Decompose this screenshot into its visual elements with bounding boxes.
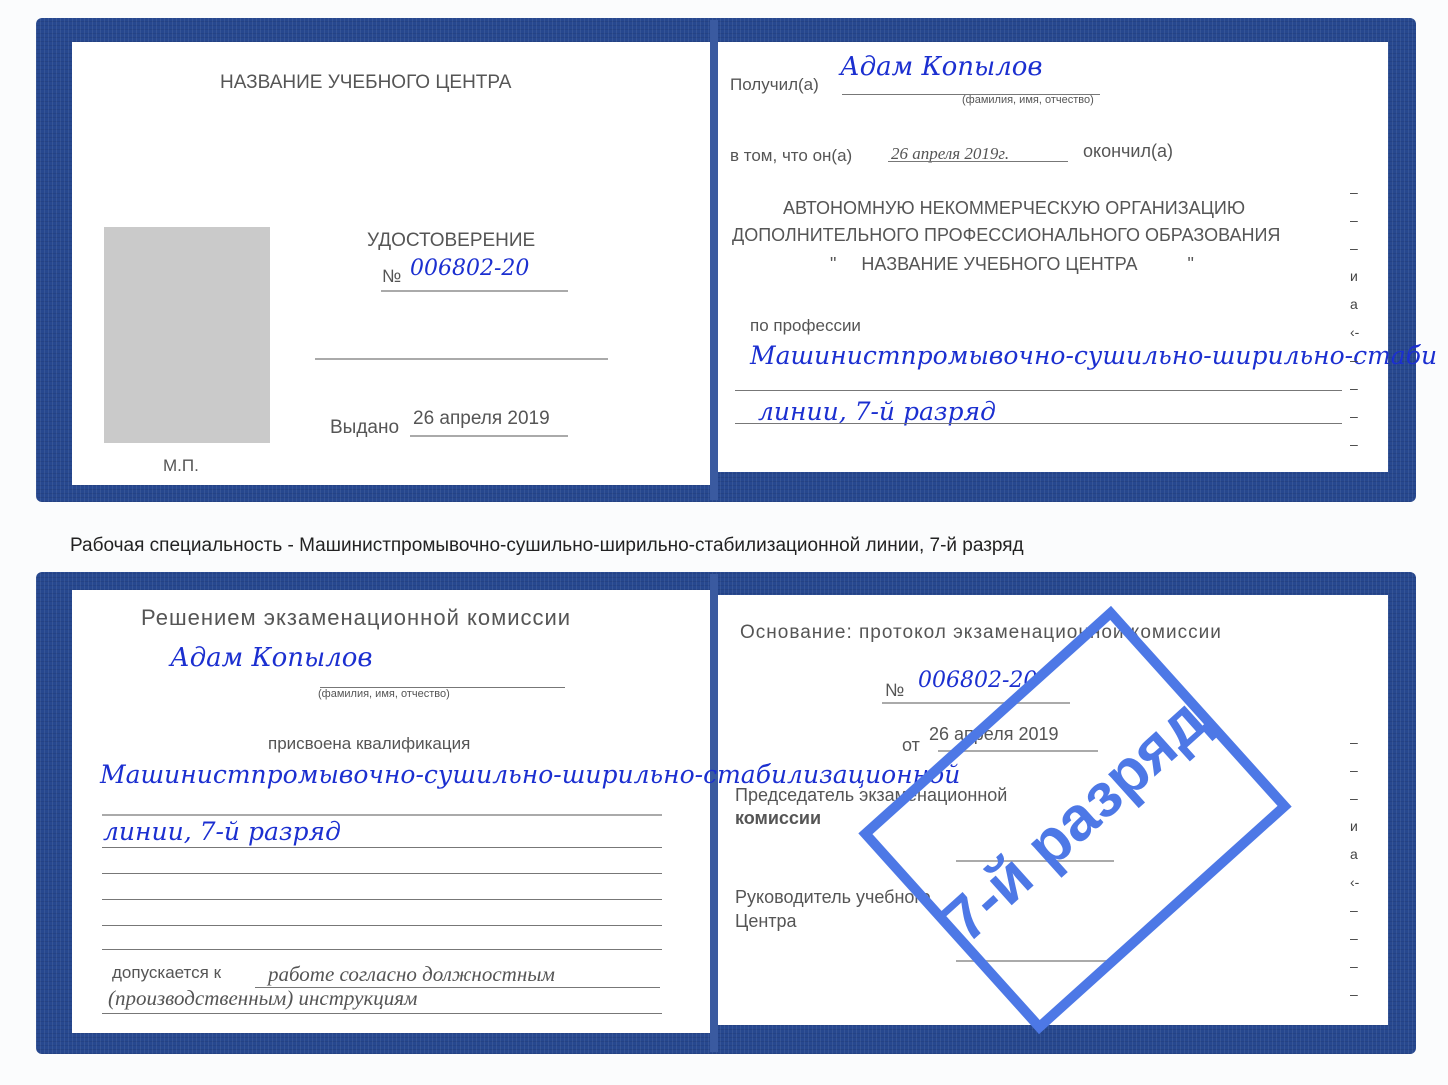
admitted-label: допускается к bbox=[112, 963, 221, 983]
profession-underline-1 bbox=[735, 390, 1342, 391]
finish-date-underline bbox=[888, 161, 1068, 162]
doc-title: УДОСТОВЕРЕНИЕ bbox=[367, 230, 535, 252]
profession-line-1: Машинистпромывочно-сушильно-ширильно-ста… bbox=[750, 341, 1437, 370]
from-label: от bbox=[902, 735, 920, 756]
head-line-1: Руководитель учебного bbox=[735, 887, 931, 908]
org-line-3: " НАЗВАНИЕ УЧЕБНОГО ЦЕНТРА " bbox=[830, 254, 1194, 275]
admitted-underline-2 bbox=[102, 1013, 662, 1014]
finished-label: окончил(а) bbox=[1083, 141, 1173, 162]
admitted-line-2: (производственным) инструкциям bbox=[108, 986, 417, 1011]
ruled-line-1 bbox=[102, 847, 662, 848]
signature-line bbox=[315, 358, 608, 360]
chairman-line-2: комиссии bbox=[735, 808, 821, 829]
protocol-number-label: № bbox=[885, 680, 904, 701]
number-label: № bbox=[382, 266, 401, 287]
ruled-line-4 bbox=[102, 925, 662, 926]
profession-line-2: линии, 7-й разряд bbox=[758, 397, 996, 426]
number-underline bbox=[381, 290, 568, 292]
org-line-2: ДОПОЛНИТЕЛЬНОГО ПРОФЕССИОНАЛЬНОГО ОБРАЗО… bbox=[732, 225, 1280, 246]
profession-label: по профессии bbox=[750, 316, 861, 336]
qualification-label: присвоена квалификация bbox=[268, 734, 470, 754]
that-label: в том, что он(а) bbox=[730, 146, 852, 166]
stamp-place: М.П. bbox=[163, 456, 199, 476]
recipient-name: Адам Копылов bbox=[840, 52, 1043, 82]
ruled-line-2 bbox=[102, 873, 662, 874]
top-spine bbox=[710, 20, 718, 500]
profession-underline-2 bbox=[735, 423, 1342, 424]
photo-placeholder bbox=[104, 227, 270, 443]
qualification-line-2: линии, 7-й разряд bbox=[103, 817, 341, 846]
decision-title: Решением экзаменационной комиссии bbox=[141, 605, 571, 631]
fio-caption-top: (фамилия, имя, отчество) bbox=[962, 94, 1094, 106]
person-name: Адам Копылов bbox=[170, 643, 373, 673]
ruled-line-5 bbox=[102, 949, 662, 950]
org-line-1: АВТОНОМНУЮ НЕКОММЕРЧЕСКУЮ ОРГАНИЗАЦИЮ bbox=[783, 198, 1245, 219]
issued-label: Выдано bbox=[330, 417, 399, 439]
basis-title: Основание: протокол экзаменационной коми… bbox=[740, 622, 1222, 644]
issued-underline bbox=[410, 435, 568, 437]
center-name: НАЗВАНИЕ УЧЕБНОГО ЦЕНТРА bbox=[220, 72, 512, 94]
received-label: Получил(а) bbox=[730, 75, 819, 95]
ruled-line-3 bbox=[102, 899, 662, 900]
specialty-caption: Рабочая специальность - Машинистпромывоч… bbox=[70, 533, 1070, 559]
edge-marks-top: –––иа‹-–––– bbox=[1350, 178, 1359, 458]
bottom-spine bbox=[710, 574, 718, 1052]
certificate-number: 006802-20 bbox=[410, 256, 529, 281]
issued-date: 26 апреля 2019 bbox=[413, 408, 550, 430]
admitted-line-1: работе согласно должностным bbox=[268, 962, 555, 987]
head-line-2: Центра bbox=[735, 911, 797, 932]
qualification-underline-1 bbox=[102, 814, 662, 816]
edge-marks-bottom: –––иа‹-–––– bbox=[1350, 728, 1359, 1008]
fio-caption-bottom: (фамилия, имя, отчество) bbox=[318, 688, 450, 700]
